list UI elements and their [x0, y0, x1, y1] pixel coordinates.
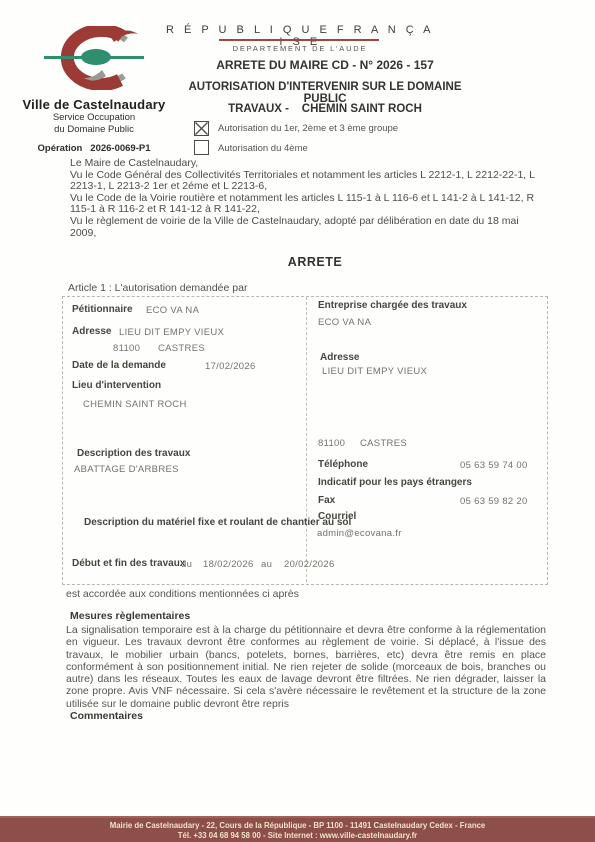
city-logo-block: Ville de Castelnaudary Service Occupatio…	[10, 26, 178, 154]
adresse-label: Adresse	[72, 326, 111, 337]
date-demande-value: 17/02/2026	[205, 361, 256, 372]
checkbox-groupe-1-2-3-label: Autorisation du 1er, 2ème et 3 ème group…	[218, 123, 398, 134]
vu-code-voirie: Vu le Code de la Voirie routière et nota…	[70, 193, 546, 216]
date-fin-value: 20/02/2026	[284, 559, 335, 570]
checkbox-groupe-4	[194, 140, 209, 155]
castelnaudary-logo-icon	[44, 26, 144, 90]
service-line-2: du Domaine Public	[10, 124, 178, 136]
vu-code-collectivites: Vu le Code Général des Collectivités Ter…	[70, 170, 546, 193]
indicatif-label: Indicatif pour les pays étrangers	[318, 477, 472, 488]
republique-underline	[219, 39, 379, 41]
entreprise-label: Entreprise chargée des travaux	[318, 300, 467, 311]
maire-line: Le Maire de Castelnaudary,	[70, 158, 546, 170]
entreprise-value: ECO VA NA	[318, 317, 371, 328]
telephone-label: Téléphone	[318, 459, 368, 470]
preamble-block: Le Maire de Castelnaudary, Vu le Code Gé…	[70, 158, 546, 239]
fax-label: Fax	[318, 495, 335, 506]
entreprise-cp: 81100	[318, 438, 345, 449]
document-page: Ville de Castelnaudary Service Occupatio…	[0, 0, 595, 842]
footer-band: Mairie de Castelnaudary - 22, Cours de l…	[0, 816, 595, 842]
telephone-value: 05 63 59 74 00	[460, 460, 528, 471]
footer-contact-line: Tél. +33 04 68 94 58 00 - Site Internet …	[0, 831, 595, 841]
dates-travaux-label: Début et fin des travaux	[72, 558, 185, 569]
arrete-number-title: ARRETE DU MAIRE CD - N° 2026 - 157	[170, 58, 480, 72]
petitionnaire-value: ECO VA NA	[146, 305, 199, 316]
footer-address-line: Mairie de Castelnaudary - 22, Cours de l…	[0, 821, 595, 831]
entreprise-ville: CASTRES	[360, 438, 407, 449]
city-name: Ville de Castelnaudary	[10, 97, 178, 112]
travaux-location-title: TRAVAUX - CHEMIN SAINT ROCH	[170, 103, 480, 115]
table-column-divider	[306, 297, 307, 582]
mesures-title: Mesures règlementaires	[70, 610, 190, 622]
adresse-value: LIEU DIT EMPY VIEUX	[119, 327, 224, 338]
autorisation-title: AUTORISATION D'INTERVENIR SUR LE DOMAINE…	[170, 81, 480, 105]
mesures-body: La signalisation temporaire est à la cha…	[66, 624, 546, 710]
courriel-label: Courriel	[318, 511, 356, 522]
date-demande-label: Date de la demande	[72, 360, 166, 371]
checkbox-groupe-1-2-3	[194, 121, 209, 136]
adresse-ville: CASTRES	[158, 343, 205, 354]
departement-subtitle: DEPARTEMENT DE L'AUDE	[160, 44, 440, 53]
accord-conditions-line: est accordée aux conditions mentionnées …	[66, 588, 299, 600]
courriel-value: admin@ecovana.fr	[317, 528, 402, 539]
entreprise-adresse-label: Adresse	[320, 352, 359, 363]
dates-du-word: du	[181, 559, 192, 570]
petitionnaire-label: Pétitionnaire	[72, 304, 133, 315]
entreprise-adresse-value: LIEU DIT EMPY VIEUX	[322, 366, 427, 377]
vu-reglement-voirie: Vu le règlement de voirie de la Ville de…	[70, 216, 546, 239]
arrete-heading: ARRETE	[40, 255, 590, 269]
dates-au-word: au	[261, 559, 272, 570]
materiel-label: Description du matériel fixe et roulant …	[84, 517, 351, 528]
description-travaux-label: Description des travaux	[77, 448, 190, 459]
checkbox-x-mark-icon	[195, 122, 208, 135]
description-travaux-value: ABATTAGE D'ARBRES	[74, 464, 179, 475]
authorization-table	[62, 296, 548, 585]
checkbox-groupe-4-label: Autorisation du 4ème	[218, 143, 308, 154]
service-line-1: Service Occupation	[10, 112, 178, 124]
lieu-intervention-label: Lieu d'intervention	[72, 380, 161, 391]
fax-value: 05 63 59 82 20	[460, 496, 528, 507]
commentaires-title: Commentaires	[70, 710, 143, 722]
article-1-line: Article 1 : L'autorisation demandée par	[68, 282, 247, 294]
date-debut-value: 18/02/2026	[203, 559, 254, 570]
operation-number: Opération 2026-0069-P1	[10, 143, 178, 154]
lieu-intervention-value: CHEMIN SAINT ROCH	[83, 399, 187, 410]
adresse-cp: 81100	[113, 343, 140, 354]
